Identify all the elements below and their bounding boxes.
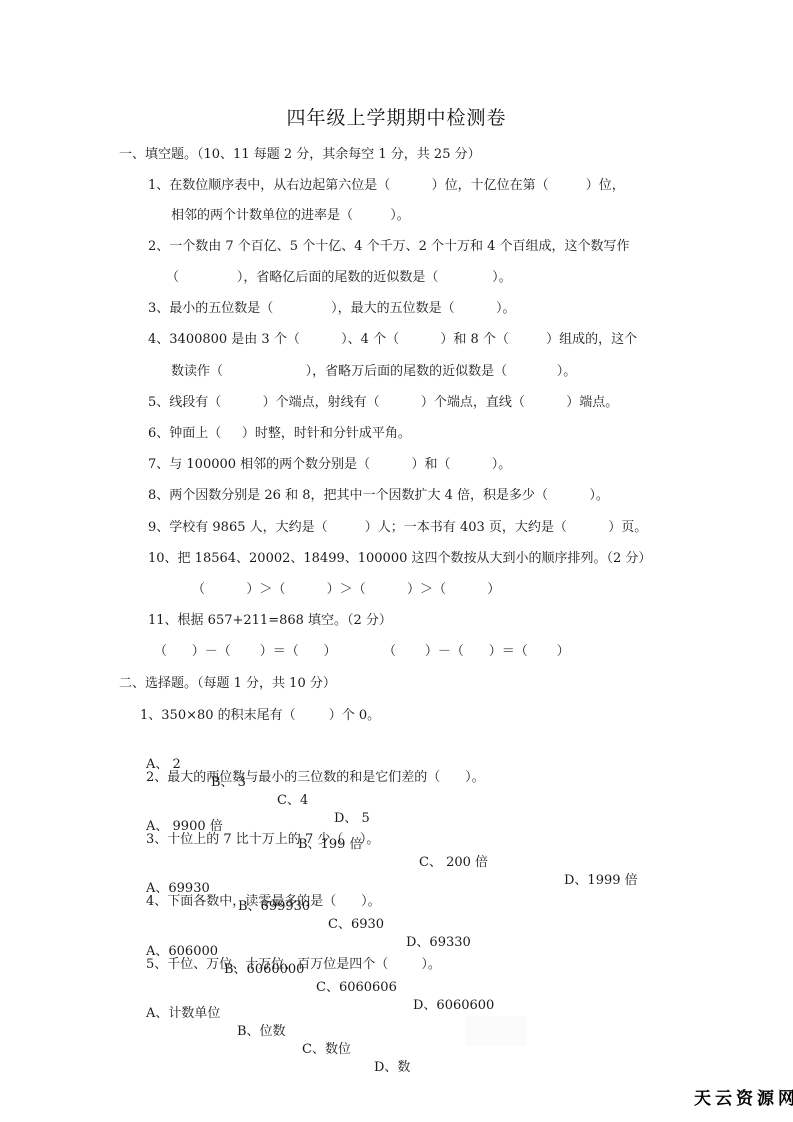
question-5: 5、线段有（ ）个端点，射线有（ ）个端点，直线（ ）端点。: [148, 394, 618, 412]
question-3: 3、最小的五位数是（ ），最大的五位数是（ ）。: [148, 300, 515, 318]
option-a: A、计数单位: [146, 1005, 220, 1023]
faint-scan-artifact: [465, 1016, 527, 1046]
question-11-line-1: 11、根据 657+211=868 填空。（2 分）: [148, 612, 392, 630]
watermark-logo: 天云资源网: [694, 1084, 793, 1109]
question-8: 8、两个因数分别是 26 和 8，把其中一个因数扩大 4 倍，积是多少（ ）。: [148, 487, 609, 505]
question-2-line-2: （ ），省略亿后面的尾数的近似数是（ ）。: [166, 269, 512, 287]
question-10-line-2: （ ）＞（ ）＞（ ）＞（ ）: [192, 581, 500, 599]
choice-question-2: 2、最大的两位数与最小的三位数的和是它们差的（ ）。: [146, 769, 485, 787]
option-c: C、数位: [302, 1041, 351, 1059]
option-d: D、数: [374, 1059, 410, 1077]
section-heading-fill-blank: 一、填空题。（10、11 每题 2 分，其余每空 1 分，共 25 分）: [119, 146, 481, 164]
question-2-line-1: 2、一个数由 7 个百亿、5 个十亿、4 个千万、2 个十万和 4 个百组成，这…: [148, 238, 630, 256]
question-6: 6、钟面上（ ）时整，时针和分针成平角。: [148, 425, 411, 443]
question-11-equation-a: （ ）－（ ）＝（ ）: [154, 643, 337, 661]
section-heading-multiple-choice: 二、选择题。（每题 1 分，共 10 分）: [119, 675, 336, 693]
question-4-line-1: 4、3400800 是由 3 个（ ）、4 个（ ）和 8 个（ ）组成的，这个: [148, 331, 637, 349]
choice-question-4: 4、下面各数中，读零最多的是（ ）。: [146, 893, 381, 911]
option-b: B、位数: [237, 1023, 286, 1041]
question-11-equation-b: （ ）－（ ）＝（ ）: [383, 643, 570, 661]
question-4-line-2: 数读作（ ），省略万后面的尾数的近似数是（ ）。: [171, 363, 576, 381]
question-1-line-2: 相邻的两个计数单位的进率是（ ）。: [171, 207, 410, 225]
question-1-line-1: 1、在数位顺序表中，从右边起第六位是（ ）位，十亿位在第（ ）位，: [148, 177, 625, 195]
question-9: 9、学校有 9865 人，大约是（ ）人；一本书有 403 页，大约是（ ）页。: [148, 519, 647, 537]
choice-question-5-options: A、计数单位 B、位数 C、数位 D、数: [146, 987, 666, 1077]
choice-question-1: 1、350×80 的积末尾有（ ）个 0。: [140, 707, 380, 725]
question-10-line-1: 10、把 18564、20002、18499、100000 这四个数按从大到小的…: [148, 550, 651, 568]
question-7: 7、与 100000 相邻的两个数分别是（ ）和（ ）。: [148, 456, 511, 474]
choice-question-5: 5、千位、万位、十万位、百万位是四个（ ）。: [146, 956, 441, 974]
choice-question-3: 3、十位上的 7 比十万上的 7 少（ ）。: [146, 831, 379, 849]
page-title: 四年级上学期期中检测卷: [0, 106, 793, 130]
